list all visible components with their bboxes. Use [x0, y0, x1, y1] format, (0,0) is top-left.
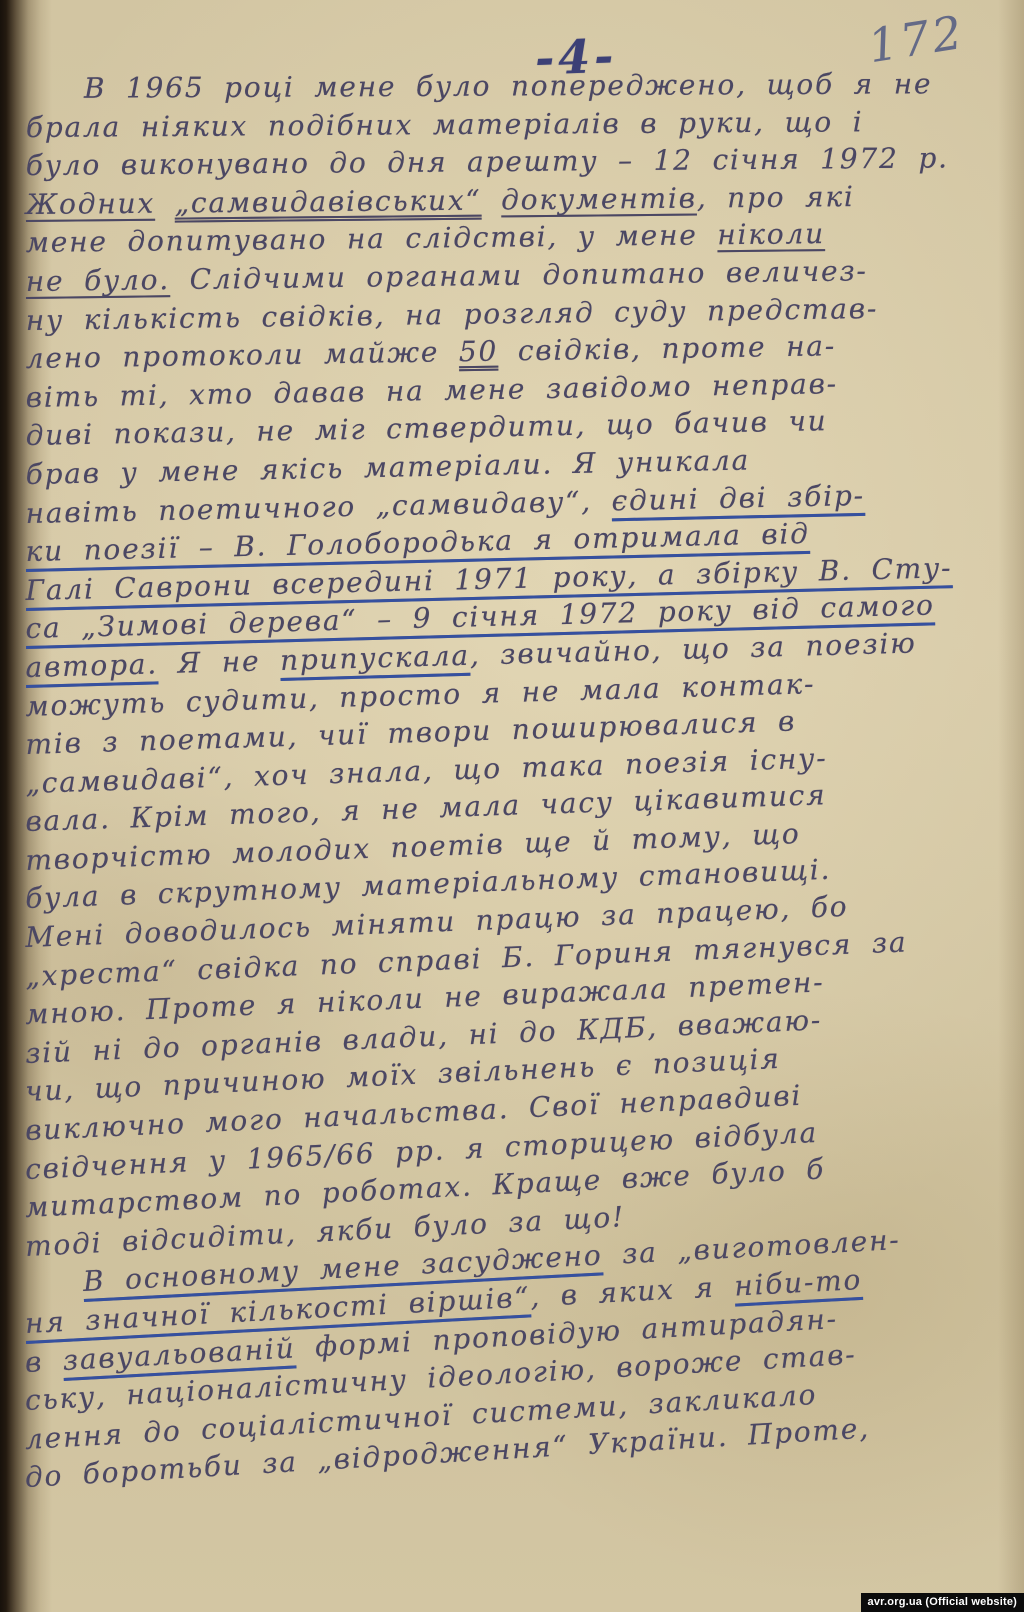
underlined-text: ніколи [717, 217, 825, 251]
text-segment: брала ніяких подібних матеріалів в руки,… [26, 105, 864, 144]
text-segment: було виконувано до дня арешту – 12 січня… [26, 142, 949, 183]
underlined-text: єдині дві збір- [611, 478, 865, 516]
underlined-text: „самвидавівських“ [175, 183, 482, 219]
watermark-label: avr.org.ua (Official website) [861, 1593, 1024, 1612]
text-segment [481, 183, 501, 216]
underlined-text: не було. [26, 263, 171, 298]
folio-number: 172 [864, 5, 968, 73]
underlined-text: Жодних [26, 187, 155, 221]
underlined-text: припускала [280, 639, 471, 677]
text-segment [155, 186, 175, 219]
text-segment: в [24, 1344, 64, 1379]
handwritten-line: В 1965 році мене було попереджено, щоб я… [26, 67, 1010, 111]
scanned-page: -4- 172 В 1965 році мене було попереджен… [0, 0, 1024, 1612]
underlined-text: ніби-то [733, 1263, 863, 1303]
handwritten-text: В 1965 році мене було попереджено, щоб я… [26, 72, 1010, 1500]
text-segment: В 1965 році мене було попереджено, щоб я… [84, 67, 933, 104]
text-segment: мене допитувано на слідстві, у мене [26, 219, 718, 260]
text-segment: лено протоколи майже [25, 335, 459, 375]
text-segment: свідків, проте на- [498, 329, 836, 367]
underlined-text: 50 [459, 335, 499, 369]
text-segment: , про які [697, 180, 855, 215]
underlined-text: автора. [25, 647, 158, 684]
text-segment: Я не [158, 644, 281, 680]
underlined-text: документів [501, 181, 697, 216]
